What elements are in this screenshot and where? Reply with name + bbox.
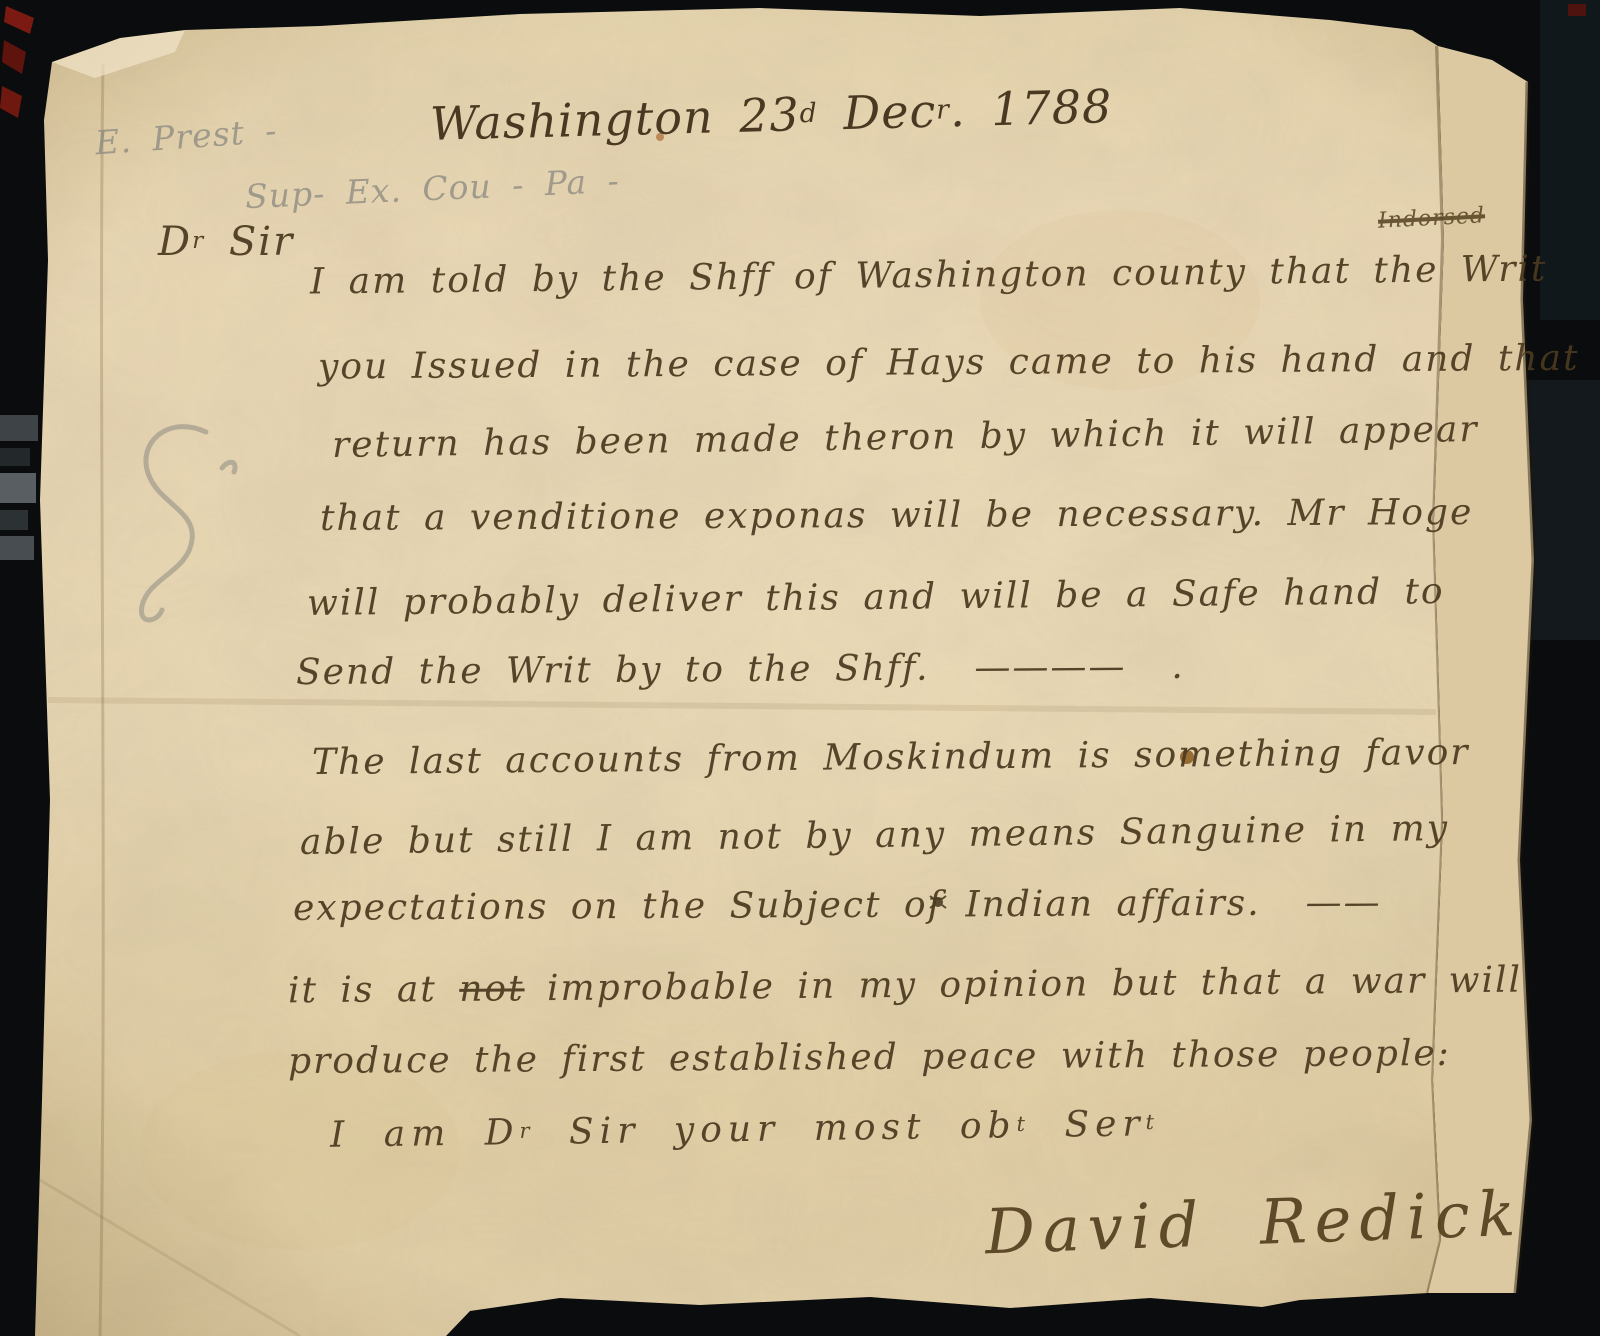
- dateline-superscript-r: r: [936, 94, 951, 125]
- salutation: Dr Sir: [158, 222, 294, 262]
- closing-superscript: r: [519, 1119, 535, 1143]
- body-line: that a venditione exponas will be necess…: [320, 495, 1474, 537]
- pencil-annotation-prest: E. Prest -: [94, 114, 278, 160]
- crossed-out-word: Indorsed: [1377, 205, 1485, 233]
- body-line: I am told by the Shff of Washington coun…: [310, 252, 1548, 301]
- salutation-sir: Sir: [205, 219, 294, 265]
- dateline-year: . 1788: [949, 79, 1113, 137]
- letter-text: Washington 23d Decr. 1788 E. Prest - Sup…: [0, 0, 1600, 1336]
- body-line: produce the first established peace with…: [288, 1036, 1451, 1080]
- struck-word: not: [459, 968, 525, 1010]
- closing-line: I am Dr Sir your most obt Sert: [330, 1106, 1160, 1154]
- body-line-text: it is at: [288, 969, 460, 1011]
- body-line: you Issued in the case of Hays came to h…: [318, 340, 1600, 385]
- closing-superscript: t: [1016, 1112, 1031, 1136]
- pencil-annotation-council: Sup- Ex. Cou - Pa -: [244, 164, 620, 213]
- dateline-text: Washington 23: [429, 87, 800, 151]
- dateline-superscript-d: d: [799, 98, 818, 129]
- letter-scan: Washington 23d Decr. 1788 E. Prest - Sup…: [0, 0, 1600, 1336]
- closing-text: Sir your most ob: [535, 1105, 1017, 1153]
- closing-text: I am D: [330, 1112, 520, 1156]
- body-line-text: improbable in my opinion but that a war …: [524, 960, 1522, 1010]
- salutation-text: D: [158, 219, 192, 265]
- dateline: Washington 23d Decr. 1788: [430, 83, 1113, 147]
- body-line: expectations on the Subject of Indian af…: [293, 885, 1382, 927]
- body-line: able but still I am not by any means San…: [300, 811, 1450, 861]
- body-line: The last accounts from Moskindum is some…: [312, 735, 1470, 781]
- body-line: will probably deliver this and will be a…: [307, 574, 1445, 622]
- body-line-with-deletion: it is at not improbable in my opinion bu…: [288, 963, 1522, 1010]
- closing-superscript: t: [1145, 1110, 1160, 1134]
- body-line: return has been made theron by which it …: [332, 412, 1479, 464]
- dateline-month: Dec: [817, 84, 937, 141]
- salutation-superscript: r: [192, 227, 205, 254]
- body-line: Send the Writ by to the Shff. ———— .: [296, 649, 1185, 691]
- closing-text: Ser: [1031, 1103, 1146, 1146]
- signature: David Redick: [984, 1183, 1524, 1264]
